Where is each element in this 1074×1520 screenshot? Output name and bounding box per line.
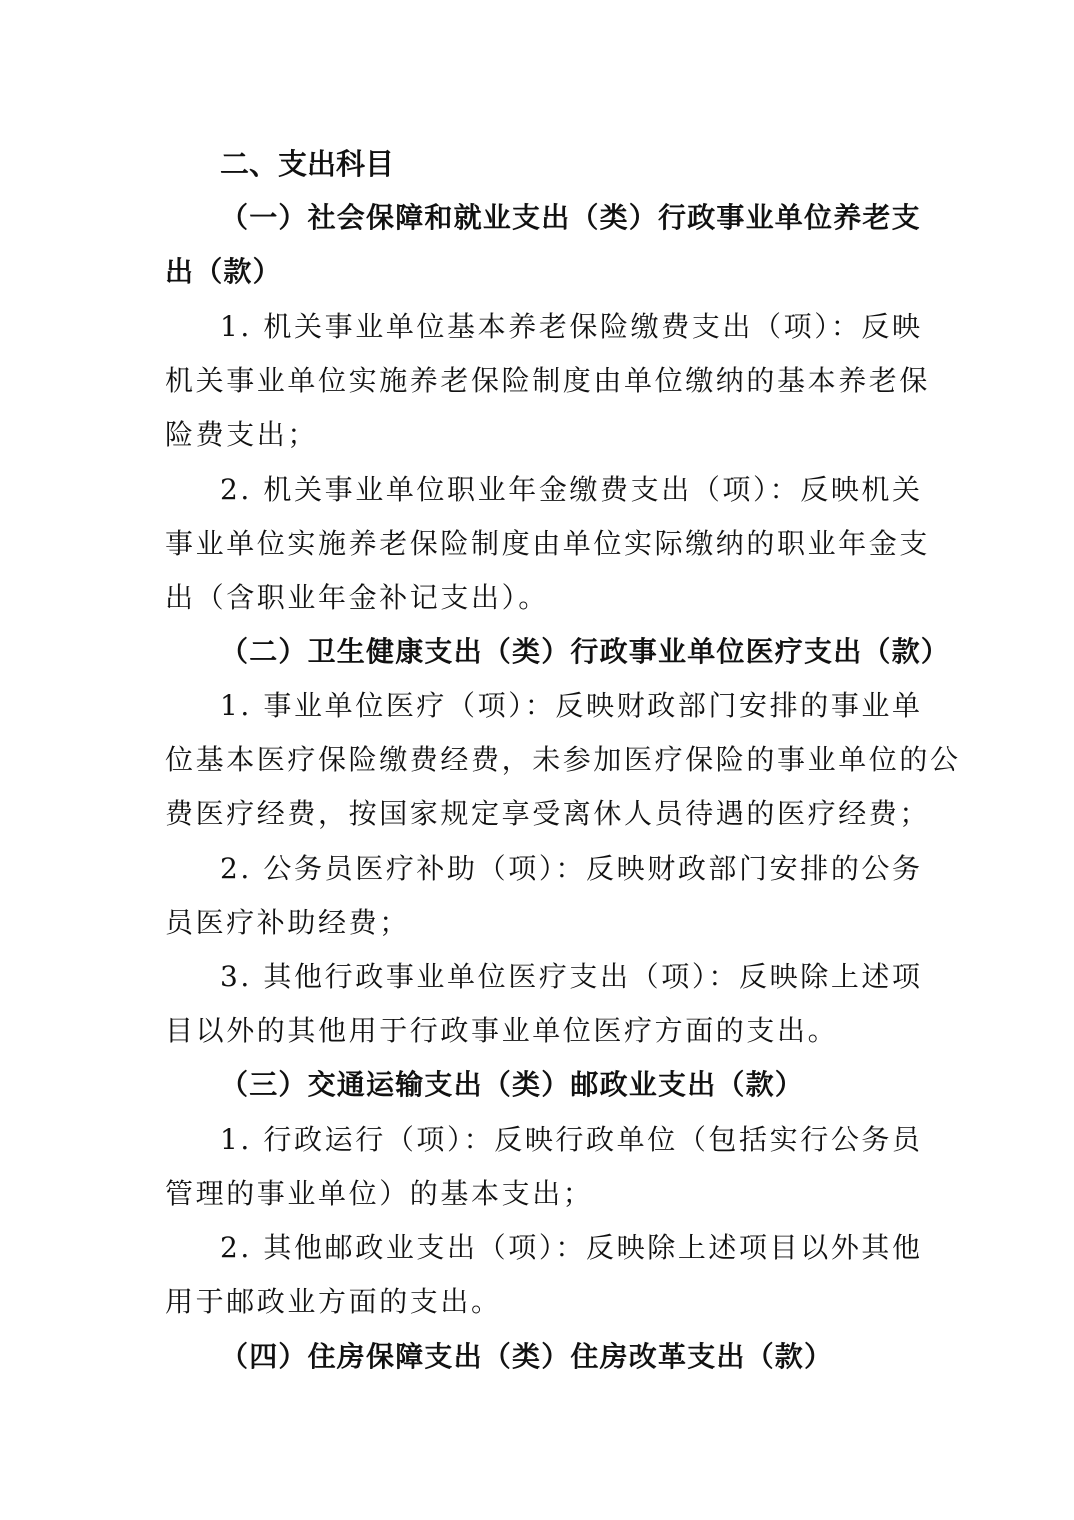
item-3-1-line-2: 管理的事业单位）的基本支出； <box>165 1174 915 1214</box>
subsection-heading-3: （三）交通运输支出（类）邮政业支出（款） <box>220 1065 915 1105</box>
item-2-1-line-2: 位基本医疗保险缴费经费，未参加医疗保险的事业单位的公 <box>165 740 915 780</box>
item-2-3-line-2: 目以外的其他用于行政事业单位医疗方面的支出。 <box>165 1011 915 1051</box>
item-3-1-line-1: 1. 行政运行（项）：反映行政单位（包括实行公务员 <box>220 1120 915 1160</box>
document-page: 二、支出科目 （一）社会保障和就业支出（类）行政事业单位养老支 出（款） 1. … <box>0 0 1074 1520</box>
item-1-2-line-2: 事业单位实施养老保险制度由单位实际缴纳的职业年金支 <box>165 524 915 564</box>
item-2-2-line-2: 员医疗补助经费； <box>165 903 915 943</box>
subsection-heading-1-line-2: 出（款） <box>165 252 915 292</box>
subsection-heading-1-line-1: （一）社会保障和就业支出（类）行政事业单位养老支 <box>220 198 915 238</box>
item-2-1-line-3: 费医疗经费，按国家规定享受离休人员待遇的医疗经费； <box>165 794 915 834</box>
item-1-1-line-3: 险费支出； <box>165 415 915 455</box>
item-1-1-line-1: 1. 机关事业单位基本养老保险缴费支出（项）：反映 <box>220 307 915 347</box>
item-2-3-line-1: 3. 其他行政事业单位医疗支出（项）：反映除上述项 <box>220 957 915 997</box>
subsection-heading-4: （四）住房保障支出（类）住房改革支出（款） <box>220 1337 915 1377</box>
item-1-2-line-3: 出（含职业年金补记支出）。 <box>165 578 915 618</box>
item-2-2-line-1: 2. 公务员医疗补助（项）：反映财政部门安排的公务 <box>220 849 915 889</box>
subsection-heading-2: （二）卫生健康支出（类）行政事业单位医疗支出（款） <box>220 632 915 672</box>
item-3-2-line-2: 用于邮政业方面的支出。 <box>165 1282 915 1322</box>
section-title: 二、支出科目 <box>220 144 915 184</box>
item-2-1-line-1: 1. 事业单位医疗（项）：反映财政部门安排的事业单 <box>220 686 915 726</box>
item-1-1-line-2: 机关事业单位实施养老保险制度由单位缴纳的基本养老保 <box>165 361 915 401</box>
item-3-2-line-1: 2. 其他邮政业支出（项）：反映除上述项目以外其他 <box>220 1228 915 1268</box>
item-1-2-line-1: 2. 机关事业单位职业年金缴费支出（项）：反映机关 <box>220 470 915 510</box>
